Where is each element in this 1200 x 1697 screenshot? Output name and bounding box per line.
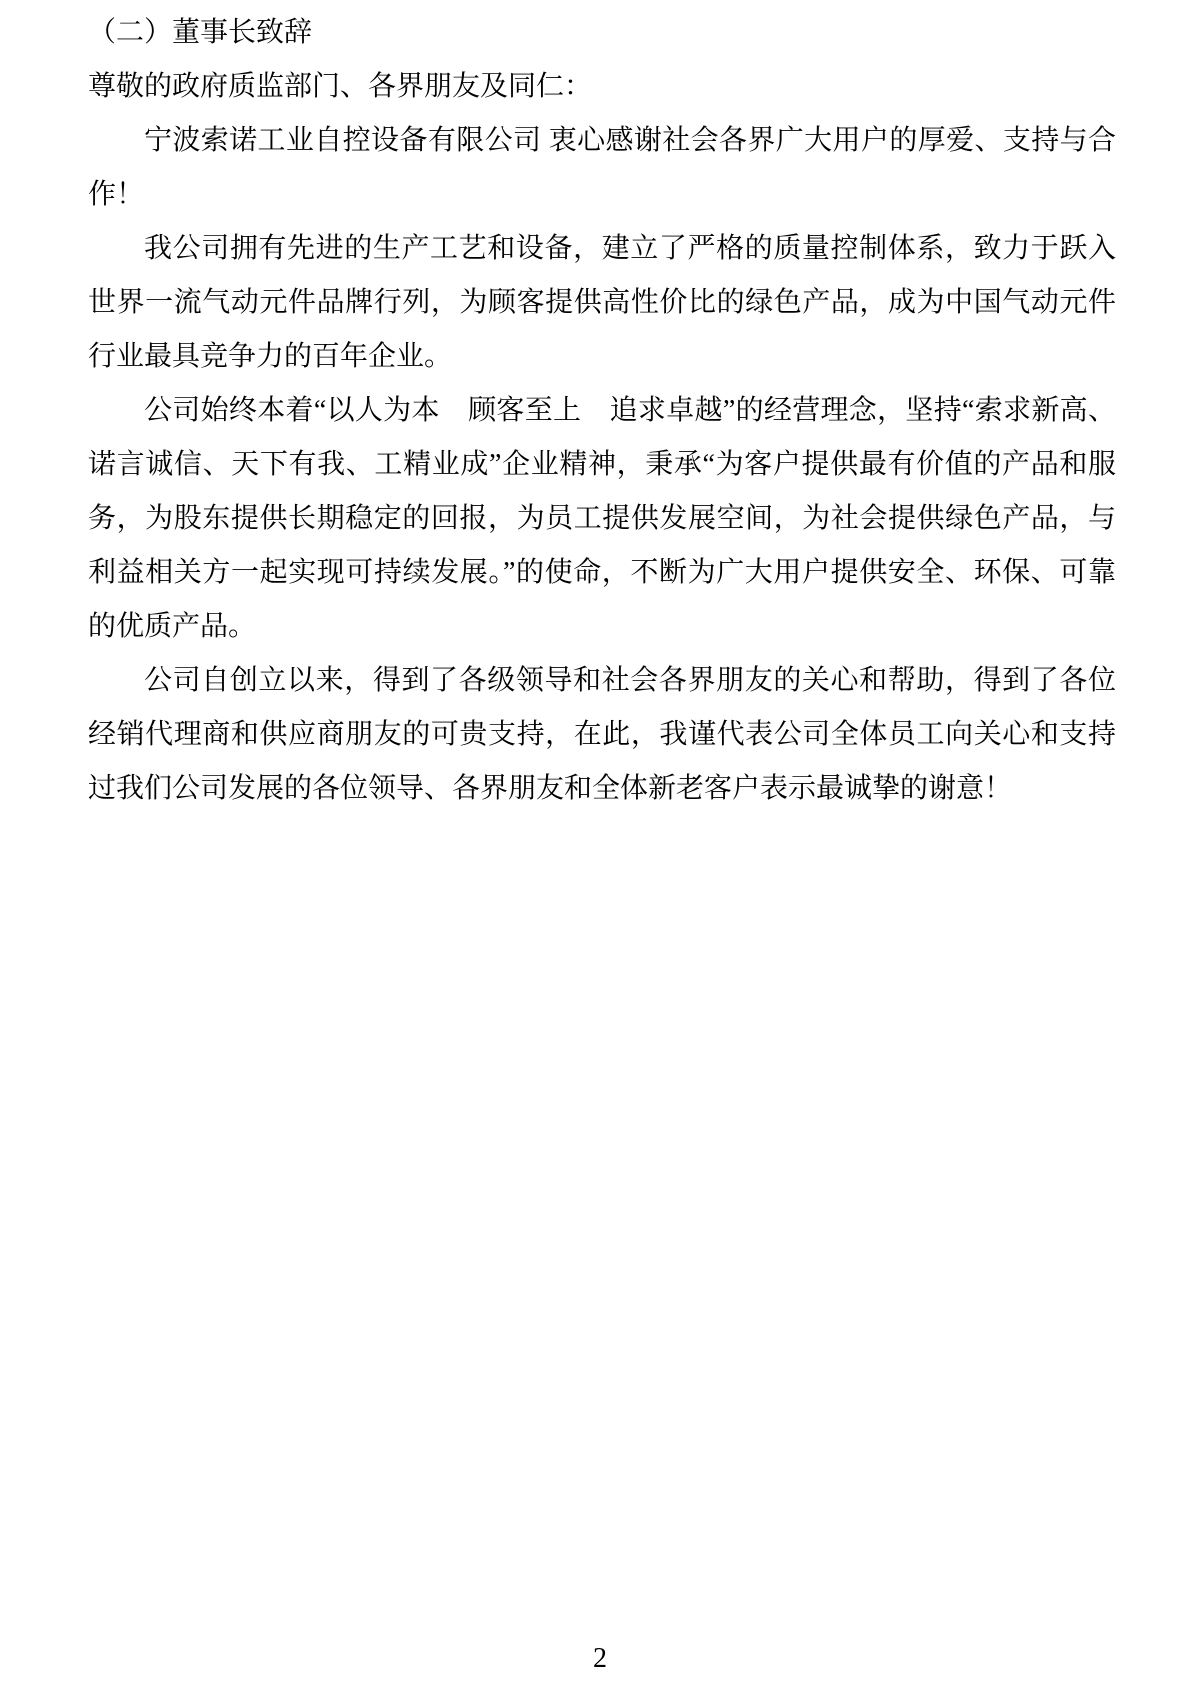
salutation-line: 尊敬的政府质监部门、各界朋友及同仁： xyxy=(88,60,1116,114)
page-number: 2 xyxy=(0,1645,1200,1673)
paragraph-philosophy: 公司始终本着“以人为本 顾客至上 追求卓越”的经营理念，坚持“索求新高、诺言诚信… xyxy=(88,384,1116,654)
paragraph-thanks: 宁波索诺工业自控设备有限公司 衷心感谢社会各界广大用户的厚爱、支持与合作！ xyxy=(88,114,1116,222)
paragraph-company-capability: 我公司拥有先进的生产工艺和设备，建立了严格的质量控制体系，致力于跃入世界一流气动… xyxy=(88,222,1116,384)
paragraph-gratitude: 公司自创立以来，得到了各级领导和社会各界朋友的关心和帮助，得到了各位经销代理商和… xyxy=(88,654,1116,816)
document-content: （二）董事长致辞 尊敬的政府质监部门、各界朋友及同仁： 宁波索诺工业自控设备有限… xyxy=(0,0,1200,816)
section-heading: （二）董事长致辞 xyxy=(88,6,1116,60)
document-page: （二）董事长致辞 尊敬的政府质监部门、各界朋友及同仁： 宁波索诺工业自控设备有限… xyxy=(0,0,1200,1697)
